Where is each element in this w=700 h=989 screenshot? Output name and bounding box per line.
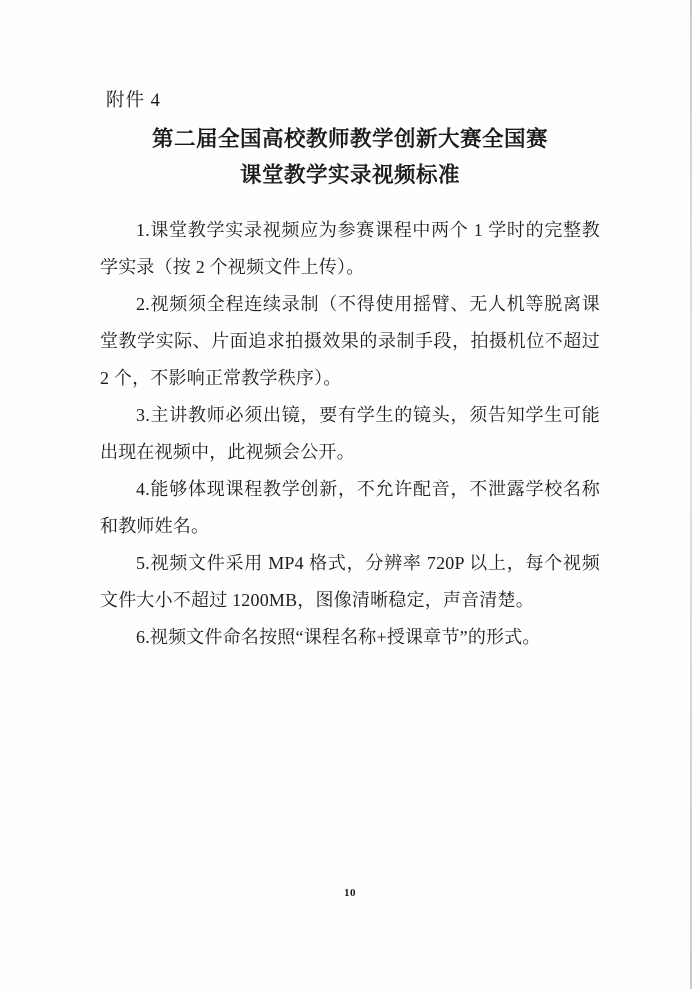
body-paragraph-2: 2.视频须全程连续录制（不得使用摇臂、无人机等脱离课堂教学实际、片面追求拍摄效果… [100, 286, 600, 397]
body-paragraph-3: 3.主讲教师必须出镜，要有学生的镜头，须告知学生可能出现在视频中，此视频会公开。 [100, 397, 600, 471]
body-paragraph-5: 5.视频文件采用 MP4 格式，分辨率 720P 以上，每个视频文件大小不超过 … [100, 545, 600, 619]
attachment-label: 附件 4 [106, 86, 161, 112]
document-title: 第二届全国高校教师教学创新大赛全国赛 课堂教学实录视频标准 [0, 121, 700, 193]
body-paragraph-6: 6.视频文件命名按照“课程名称+授课章节”的形式。 [100, 619, 600, 656]
page-number: 10 [0, 887, 700, 899]
document-body: 1.课堂教学实录视频应为参赛课程中两个 1 学时的完整教学实录（按 2 个视频文… [100, 212, 600, 656]
document-title-line-1: 第二届全国高校教师教学创新大赛全国赛 [0, 121, 700, 157]
document-title-line-2: 课堂教学实录视频标准 [0, 157, 700, 193]
scanned-document-page: 附件 4 第二届全国高校教师教学创新大赛全国赛 课堂教学实录视频标准 1.课堂教… [0, 0, 700, 989]
body-paragraph-4: 4.能够体现课程教学创新，不允许配音，不泄露学校名称和教师姓名。 [100, 471, 600, 545]
body-paragraph-1: 1.课堂教学实录视频应为参赛课程中两个 1 学时的完整教学实录（按 2 个视频文… [100, 212, 600, 286]
